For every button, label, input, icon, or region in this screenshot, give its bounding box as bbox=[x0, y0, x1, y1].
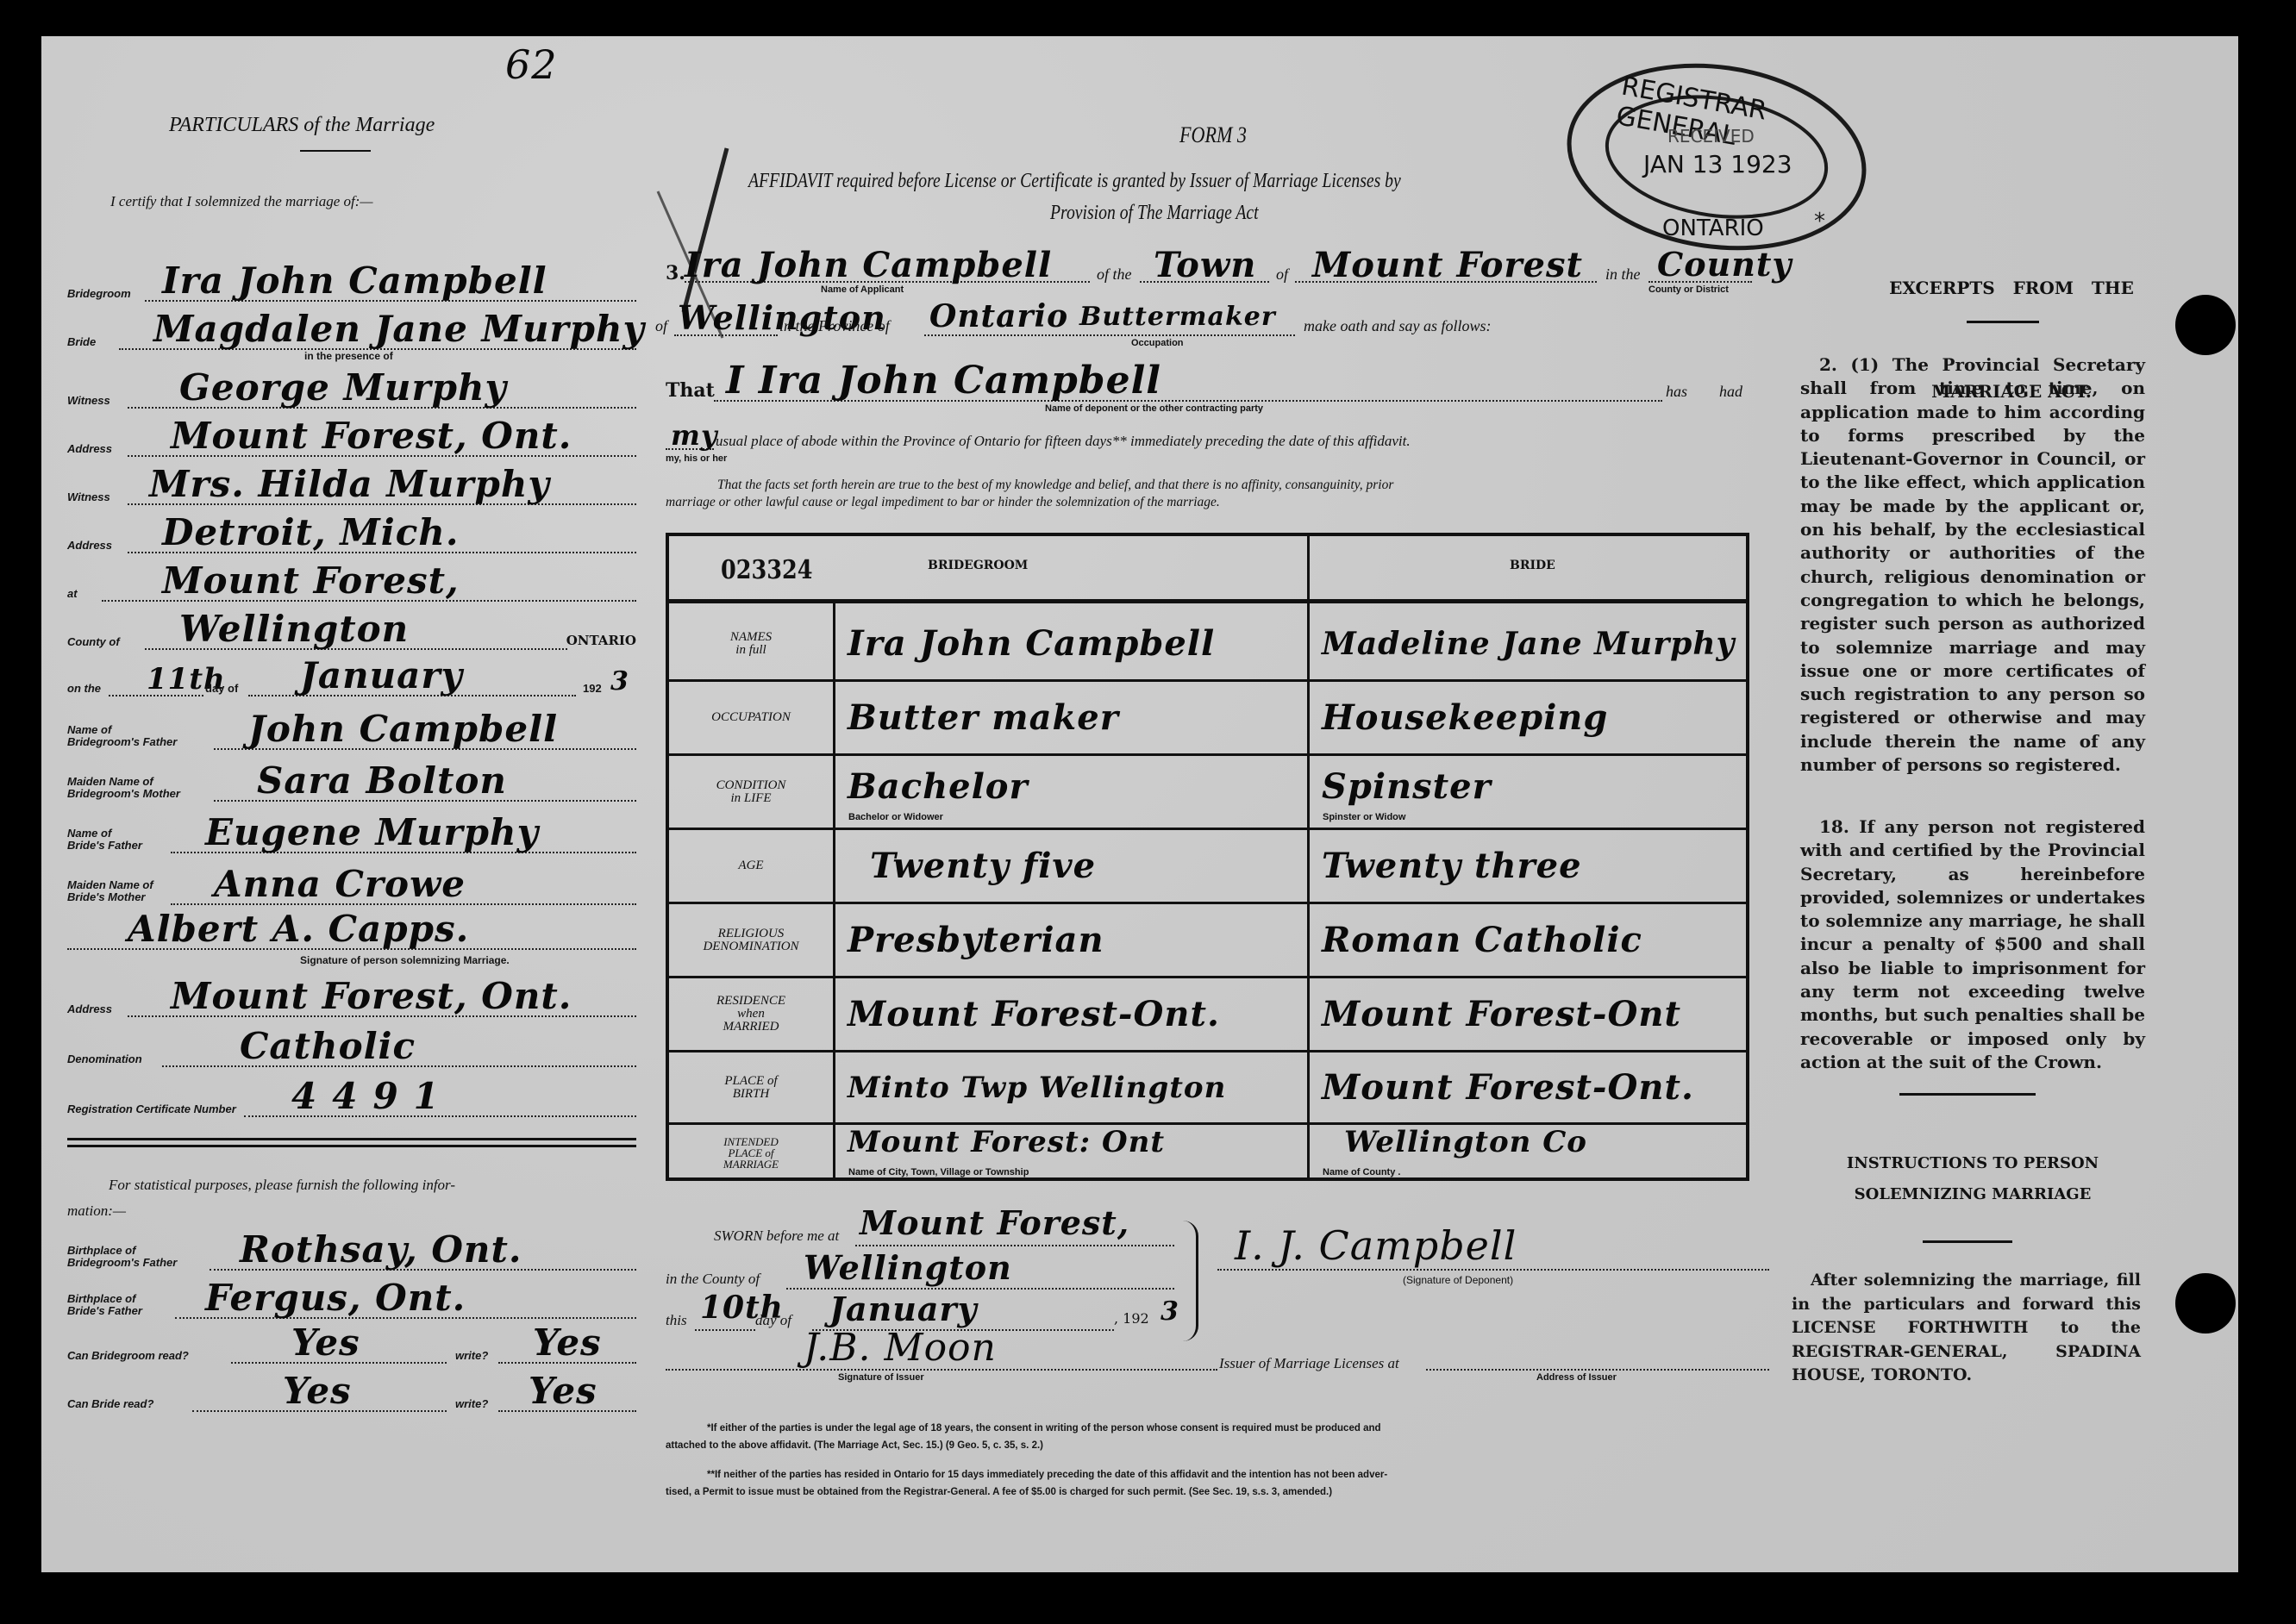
field-bride-father: Name ofBride's Father Eugene Murphy bbox=[67, 803, 636, 855]
divider bbox=[67, 1145, 636, 1147]
field-at: at Mount Forest, bbox=[67, 552, 636, 603]
serial-number: 023324 bbox=[721, 555, 812, 585]
pronoun: my bbox=[671, 419, 717, 452]
marriage-month: January bbox=[300, 654, 463, 696]
registrar-stamp: * REGISTRAR GENERAL RECEIVED JAN 13 1923… bbox=[1557, 60, 1885, 267]
bride-denomination: Roman Catholic bbox=[1310, 904, 1746, 976]
bride-birthplace: Mount Forest-Ont. bbox=[1310, 1052, 1746, 1122]
facts-line-1: That the facts set forth herein are true… bbox=[717, 478, 1393, 493]
field-bride-mother: Maiden Name ofBride's Mother Anna Crowe bbox=[67, 855, 636, 907]
certify-text: I certify that I solemnized the marriage… bbox=[110, 193, 373, 210]
field-bride-literacy: Can Bride read? Yes write? Yes bbox=[67, 1362, 636, 1414]
field-bridegroom: Bridegroom Ira John Campbell bbox=[67, 252, 636, 303]
page-number-mark: 62 bbox=[505, 41, 558, 88]
field-label: Witness bbox=[67, 395, 110, 407]
instructions-text: After solemnizing the marriage, fill in … bbox=[1792, 1269, 2141, 1388]
affidavit-heading: AFFIDAVIT required before License or Cer… bbox=[748, 170, 1401, 193]
field-value: Wellington bbox=[179, 608, 409, 650]
field-value: Mount Forest, Ont. bbox=[171, 975, 572, 1017]
field-value: George Murphy bbox=[179, 366, 507, 409]
divider bbox=[67, 1138, 636, 1140]
sworn-place: Mount Forest, bbox=[860, 1203, 1129, 1242]
statistical-note-line2: mation:— bbox=[67, 1202, 126, 1220]
field-value: Magdalen Jane Murphy bbox=[153, 308, 645, 350]
affidavit-line-3: That I Ira John Campbell has had Name of… bbox=[666, 352, 1769, 412]
divider bbox=[1923, 1240, 2012, 1243]
field-value: Eugene Murphy bbox=[205, 811, 539, 853]
issuer-signature: J.B. Moon bbox=[804, 1326, 997, 1370]
field-denomination: Denomination Catholic bbox=[67, 1017, 636, 1069]
table-row: OCCUPATION Butter maker Housekeeping bbox=[669, 682, 1746, 756]
bride-can-read: Yes bbox=[283, 1370, 352, 1412]
divider bbox=[1967, 321, 2039, 323]
field-label: Bridegroom bbox=[67, 288, 131, 300]
applicant-name: Ira John Campbell bbox=[685, 245, 1052, 285]
bride-residence: Mount Forest-Ont bbox=[1310, 978, 1746, 1050]
affidavit-province: Ontario bbox=[929, 298, 1068, 334]
instructions-heading: INSTRUCTIONS TO PERSON SOLEMNIZING MARRI… bbox=[1800, 1148, 2145, 1210]
footnote-1-line-2: attached to the above affidavit. (The Ma… bbox=[666, 1437, 1761, 1454]
groom-denomination: Presbyterian bbox=[835, 904, 1305, 976]
field-county: County of Wellington ONTARIO bbox=[67, 600, 636, 652]
stamp-bottom-text: ONTARIO bbox=[1662, 215, 1764, 241]
field-value: Catholic bbox=[240, 1025, 416, 1067]
field-label: Address bbox=[67, 540, 112, 552]
excerpt-section-2: 2. (1) The Provincial Secretary shall fr… bbox=[1800, 353, 2145, 777]
statistical-note-line1: For statistical purposes, please furnish… bbox=[109, 1177, 455, 1194]
particulars-heading: PARTICULARS of the Marriage bbox=[169, 114, 435, 137]
bride-occupation: Housekeeping bbox=[1310, 682, 1746, 753]
svg-text:*: * bbox=[1814, 209, 1825, 234]
field-groom-mother: Maiden Name ofBridegroom's Mother Sara B… bbox=[67, 752, 636, 803]
bride-age: Twenty three bbox=[1310, 830, 1746, 902]
bride-can-write: Yes bbox=[529, 1370, 597, 1412]
deponent-name: I Ira John Campbell bbox=[726, 359, 1161, 403]
officiant-signature-caption: Signature of person solemnizing Marriage… bbox=[300, 954, 510, 966]
deponent-signature: I. J. Campbell bbox=[1235, 1222, 1517, 1269]
field-value: John Campbell bbox=[248, 708, 558, 750]
groom-can-read: Yes bbox=[291, 1321, 360, 1364]
field-label: Bride bbox=[67, 336, 96, 348]
groom-occupation: Butter maker bbox=[835, 682, 1305, 753]
field-value: Anna Crowe bbox=[214, 863, 466, 905]
stamp-date: JAN 13 1923 bbox=[1643, 150, 1792, 178]
table-header: 023324 BRIDEGROOM BRIDE bbox=[669, 536, 1746, 603]
field-groom-father-birthplace: Birthplace ofBridegroom's Father Rothsay… bbox=[67, 1221, 636, 1272]
particulars-table: 023324 BRIDEGROOM BRIDE NAMES in full Ir… bbox=[666, 533, 1749, 1181]
footnote-2-line-2: tised, a Permit to issue must be obtaine… bbox=[666, 1483, 1761, 1501]
excerpt-section-18: 18. If any person not registered with an… bbox=[1800, 815, 2145, 1074]
field-groom-father: Name ofBridegroom's Father John Campbell bbox=[67, 700, 636, 752]
officiant-signature-line: Albert A. Capps. bbox=[67, 900, 636, 952]
groom-birthplace: Minto Twp Wellington bbox=[835, 1052, 1305, 1122]
field-marriage-date: on the 11th day of January 192 3 bbox=[67, 646, 636, 698]
field-value: Fergus, Ont. bbox=[205, 1277, 466, 1319]
table-row: AGE Twenty five Twenty three bbox=[669, 830, 1746, 904]
form-title: FORM 3 bbox=[1179, 122, 1247, 148]
divider bbox=[1899, 1093, 2036, 1096]
officiant-signature: Albert A. Capps. bbox=[128, 908, 469, 950]
field-value: 4491 bbox=[291, 1075, 454, 1117]
place-name: Mount Forest bbox=[1312, 245, 1583, 285]
groom-age: Twenty five bbox=[835, 830, 1305, 902]
field-registration-number: Registration Certificate Number 4491 bbox=[67, 1067, 636, 1119]
affidavit-subheading: Provision of The Marriage Act bbox=[1050, 202, 1259, 225]
footnote-2-line-1: **If neither of the parties has resided … bbox=[666, 1466, 1761, 1483]
column-header-bridegroom: BRIDEGROOM bbox=[928, 559, 1028, 572]
field-value: Mount Forest, Ont. bbox=[171, 415, 572, 457]
affidavit-occupation: Buttermaker bbox=[1079, 302, 1276, 332]
groom-name: Ira John Campbell bbox=[835, 608, 1305, 679]
field-witness-2-address: Address Detroit, Mich. bbox=[67, 503, 636, 555]
field-bride-father-birthplace: Birthplace ofBride's Father Fergus, Ont. bbox=[67, 1269, 636, 1321]
field-value: Rothsay, Ont. bbox=[240, 1228, 522, 1271]
field-bride: Bride Magdalen Jane Murphy bbox=[67, 300, 636, 352]
field-officiant-address: Address Mount Forest, Ont. bbox=[67, 967, 636, 1019]
sworn-section: SWORN before me at Mount Forest, in the … bbox=[666, 1200, 1769, 1407]
field-value: Ira John Campbell bbox=[162, 259, 547, 302]
column-header-bride: BRIDE bbox=[1510, 559, 1555, 572]
affidavit-line-2: of Wellington in the Province of Ontario… bbox=[666, 291, 1769, 352]
table-row: NAMES in full Ira John Campbell Madeline… bbox=[669, 608, 1746, 682]
sworn-county: Wellington bbox=[804, 1248, 1012, 1287]
brace bbox=[1183, 1221, 1198, 1341]
field-value: Sara Bolton bbox=[257, 759, 507, 802]
footnotes: *If either of the parties is under the l… bbox=[666, 1420, 1761, 1501]
groom-residence: Mount Forest-Ont. bbox=[835, 978, 1305, 1050]
divider bbox=[300, 150, 371, 152]
stamp-received: RECEIVED bbox=[1667, 126, 1755, 147]
table-row: RELIGIOUS DENOMINATION Presbyterian Roma… bbox=[669, 904, 1746, 978]
marriage-record-page: 62 PARTICULARS of the Marriage I certify… bbox=[41, 36, 2238, 1572]
marriage-year-digit: 3 bbox=[610, 666, 629, 696]
bride-name: Madeline Jane Murphy bbox=[1310, 608, 1746, 679]
table-row: PLACE of BIRTH Minto Twp Wellington Moun… bbox=[669, 1052, 1746, 1125]
particulars-fields: Bridegroom Ira John Campbell Bride Magda… bbox=[67, 252, 654, 1562]
field-groom-literacy: Can Bridegroom read? Yes write? Yes bbox=[67, 1314, 636, 1365]
binder-hole bbox=[2175, 1273, 2236, 1334]
field-witness-1: Witness George Murphy bbox=[67, 359, 636, 410]
field-value: Mrs. Hilda Murphy bbox=[149, 463, 550, 505]
binder-hole bbox=[2175, 295, 2236, 355]
field-value: Detroit, Mich. bbox=[162, 511, 459, 553]
footnote-1-line-1: *If either of the parties is under the l… bbox=[666, 1420, 1761, 1437]
table-row: INTENDED PLACE of MARRIAGE Mount Forest:… bbox=[669, 1125, 1746, 1181]
field-witness-1-address: Address Mount Forest, Ont. bbox=[67, 407, 636, 459]
facts-line-2: marriage or other lawful cause or legal … bbox=[666, 495, 1220, 510]
place-type: Town bbox=[1154, 245, 1256, 285]
affidavit-line-4: my usual place of abode within the Provi… bbox=[666, 415, 1769, 467]
sworn-month: January bbox=[829, 1290, 978, 1328]
field-label: at bbox=[67, 588, 78, 600]
sworn-year-digit: 3 bbox=[1161, 1296, 1179, 1327]
table-row: CONDITION in LIFE Bachelor Bachelor or W… bbox=[669, 756, 1746, 830]
field-label: Witness bbox=[67, 491, 110, 503]
field-value: Mount Forest, bbox=[162, 559, 460, 602]
field-witness-2: Witness Mrs. Hilda Murphy bbox=[67, 455, 636, 507]
table-row: RESIDENCE when MARRIED Mount Forest-Ont.… bbox=[669, 978, 1746, 1052]
groom-can-write: Yes bbox=[533, 1321, 602, 1364]
field-label: Address bbox=[67, 443, 112, 455]
